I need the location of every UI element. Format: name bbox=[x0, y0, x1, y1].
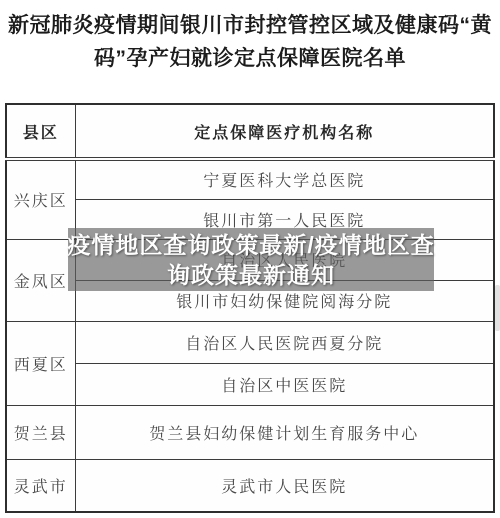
header-hospital: 定点保障医疗机构名称 bbox=[75, 104, 494, 159]
district-cell-helan: 贺兰县 bbox=[6, 405, 75, 459]
hospital-cell: 宁夏医科大学总医院 bbox=[75, 159, 494, 199]
article-title-overlay: 疫情地区查询政策最新/疫情地区查 询政策最新通知 bbox=[68, 228, 434, 291]
overlay-text-line2: 询政策最新通知 bbox=[167, 260, 335, 290]
district-cell-xixia: 西夏区 bbox=[6, 321, 75, 405]
page-title-line1: 新冠肺炎疫情期间银川市封控管控区域及健康码“黄 bbox=[0, 9, 500, 42]
table-row: 西夏区 自治区人民医院西夏分院 bbox=[6, 321, 494, 363]
hospital-cell: 贺兰县妇幼保健计划生育服务中心 bbox=[75, 405, 494, 459]
table-row: 贺兰县 贺兰县妇幼保健计划生育服务中心 bbox=[6, 405, 494, 459]
overlay-text-line1: 疫情地区查询政策最新/疫情地区查 bbox=[67, 230, 434, 260]
hospital-table: 县区 定点保障医疗机构名称 兴庆区 宁夏医科大学总医院 银川市第一人民医院 金凤… bbox=[5, 103, 495, 513]
district-cell-xingqing: 兴庆区 bbox=[6, 159, 75, 239]
table-row: 兴庆区 宁夏医科大学总医院 bbox=[6, 159, 494, 199]
page-title: 新冠肺炎疫情期间银川市封控管控区域及健康码“黄 码”孕产妇就诊定点保障医院名单 bbox=[0, 9, 500, 75]
hospital-cell: 自治区人民医院西夏分院 bbox=[75, 321, 494, 363]
document-page: 新冠肺炎疫情期间银川市封控管控区域及健康码“黄 码”孕产妇就诊定点保障医院名单 … bbox=[0, 0, 500, 518]
table-row: 自治区中医医院 bbox=[6, 363, 494, 405]
table-header-row: 县区 定点保障医疗机构名称 bbox=[6, 104, 494, 159]
scrollbar-thumb[interactable] bbox=[495, 285, 500, 331]
header-district: 县区 bbox=[6, 104, 75, 159]
page-title-line2: 码”孕产妇就诊定点保障医院名单 bbox=[0, 42, 500, 75]
district-cell-jinfeng: 金凤区 bbox=[6, 239, 75, 321]
hospital-cell: 灵武市人民医院 bbox=[75, 459, 494, 512]
district-cell-lingwu: 灵武市 bbox=[6, 459, 75, 512]
table-row: 灵武市 灵武市人民医院 bbox=[6, 459, 494, 512]
hospital-cell: 自治区中医医院 bbox=[75, 363, 494, 405]
